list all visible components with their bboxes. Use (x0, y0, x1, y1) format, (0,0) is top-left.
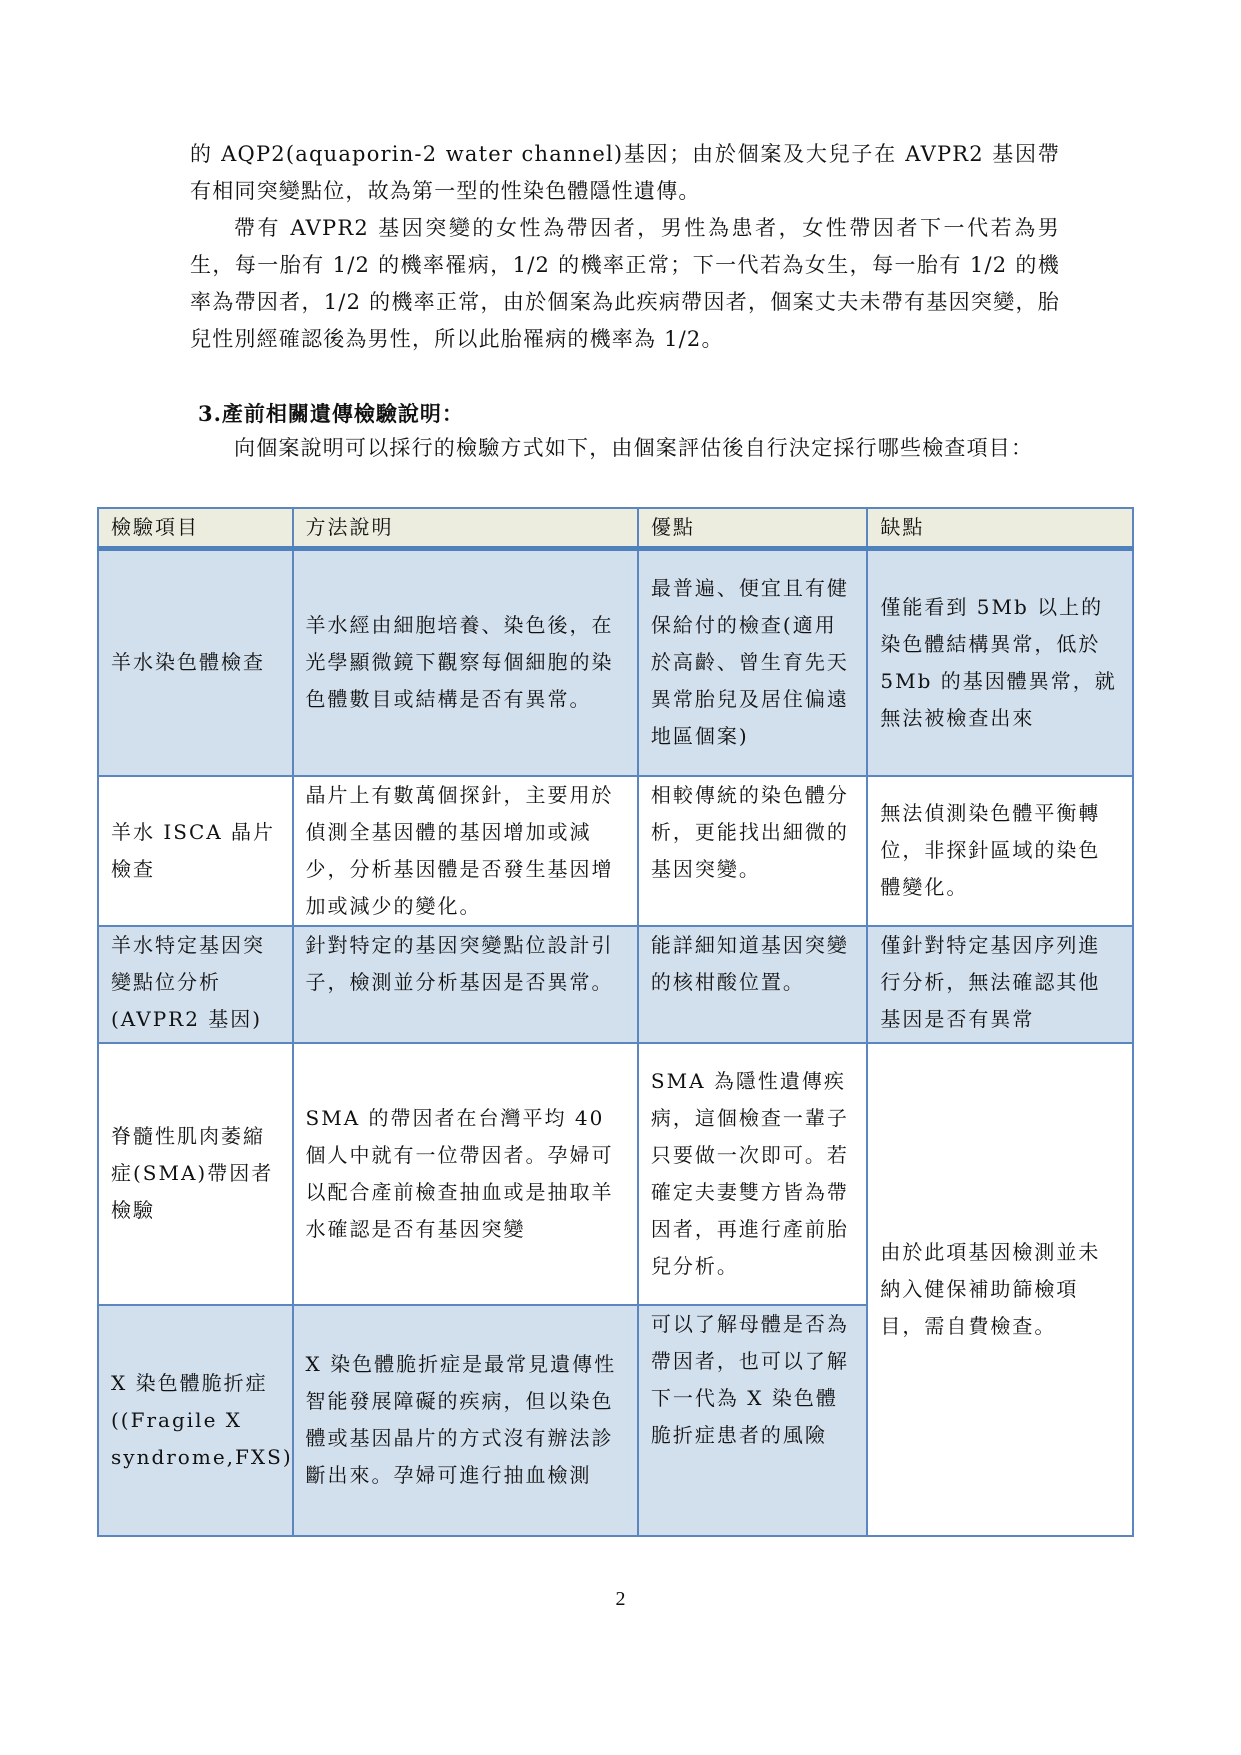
cell-method: 羊水經由細胞培養、染色後，在光學顯微鏡下觀察每個細胞的染色體數目或結構是否有異常… (293, 549, 638, 776)
cell-cons: 無法偵測染色體平衡轉位，非探針區域的染色體變化。 (867, 776, 1133, 926)
body-paragraph-1: 的 AQP2(aquaporin-2 water channel)基因；由於個案… (190, 136, 1060, 210)
cell-item: 脊髓性肌肉萎縮症(SMA)帶因者檢驗 (98, 1043, 293, 1305)
header-item: 檢驗項目 (98, 508, 293, 549)
table-header-row: 檢驗項目 方法說明 優點 缺點 (98, 508, 1133, 549)
cell-method: 晶片上有數萬個探針，主要用於偵測全基因體的基因增加或減少，分析基因體是否發生基因… (293, 776, 638, 926)
cell-item: X 染色體脆折症((Fragile X syndrome,FXS) (98, 1305, 293, 1536)
cell-method: 針對特定的基因突變點位設計引子，檢測並分析基因是否異常。 (293, 926, 638, 1043)
header-cons: 缺點 (867, 508, 1133, 549)
cell-cons: 僅能看到 5Mb 以上的染色體結構異常，低於 5Mb 的基因體異常，就無法被檢查… (867, 549, 1133, 776)
header-pros: 優點 (638, 508, 868, 549)
prenatal-tests-table: 檢驗項目 方法說明 優點 缺點 羊水染色體檢查 羊水經由細胞培養、染色後，在光學… (97, 507, 1134, 1537)
intro-paragraph: 向個案說明可以採行的檢驗方式如下，由個案評估後自行決定採行哪些檢查項目： (190, 430, 1060, 467)
page-number: 2 (0, 1588, 1241, 1611)
cell-pros: SMA 為隱性遺傳疾病，這個檢查一輩子只要做一次即可。若確定夫妻雙方皆為帶因者，… (638, 1043, 868, 1305)
table-row: 羊水染色體檢查 羊水經由細胞培養、染色後，在光學顯微鏡下觀察每個細胞的染色體數目… (98, 549, 1133, 776)
document-page: 的 AQP2(aquaporin-2 water channel)基因；由於個案… (0, 0, 1241, 1755)
cell-pros: 相較傳統的染色體分析，更能找出細微的基因突變。 (638, 776, 868, 926)
table-row: 羊水特定基因突變點位分析(AVPR2 基因) 針對特定的基因突變點位設計引子，檢… (98, 926, 1133, 1043)
cell-method: SMA 的帶因者在台灣平均 40 個人中就有一位帶因者。孕婦可以配合產前檢查抽血… (293, 1043, 638, 1305)
table-row: 羊水 ISCA 晶片檢查 晶片上有數萬個探針，主要用於偵測全基因體的基因增加或減… (98, 776, 1133, 926)
cell-pros: 能詳細知道基因突變的核柑酸位置。 (638, 926, 868, 1043)
cell-item: 羊水 ISCA 晶片檢查 (98, 776, 293, 926)
table-row: 脊髓性肌肉萎縮症(SMA)帶因者檢驗 SMA 的帶因者在台灣平均 40 個人中就… (98, 1043, 1133, 1305)
cell-cons-merged: 由於此項基因檢測並未納入健保補助篩檢項目，需自費檢查。 (867, 1043, 1133, 1536)
cell-pros: 最普遍、便宜且有健保給付的檢查(適用於高齡、曾生育先天異常胎兒及居住偏遠地區個案… (638, 549, 868, 776)
cell-pros: 可以了解母體是否為帶因者，也可以了解下一代為 X 染色體脆折症患者的風險 (638, 1305, 868, 1536)
cell-item: 羊水特定基因突變點位分析(AVPR2 基因) (98, 926, 293, 1043)
cell-method: X 染色體脆折症是最常見遺傳性智能發展障礙的疾病，但以染色體或基因晶片的方式沒有… (293, 1305, 638, 1536)
cell-item: 羊水染色體檢查 (98, 549, 293, 776)
body-paragraph-2: 帶有 AVPR2 基因突變的女性為帶因者，男性為患者，女性帶因者下一代若為男生，… (190, 210, 1060, 358)
section-heading: 3.產前相關遺傳檢驗說明： (198, 395, 464, 432)
cell-cons: 僅針對特定基因序列進行分析，無法確認其他基因是否有異常 (867, 926, 1133, 1043)
header-method: 方法說明 (293, 508, 638, 549)
